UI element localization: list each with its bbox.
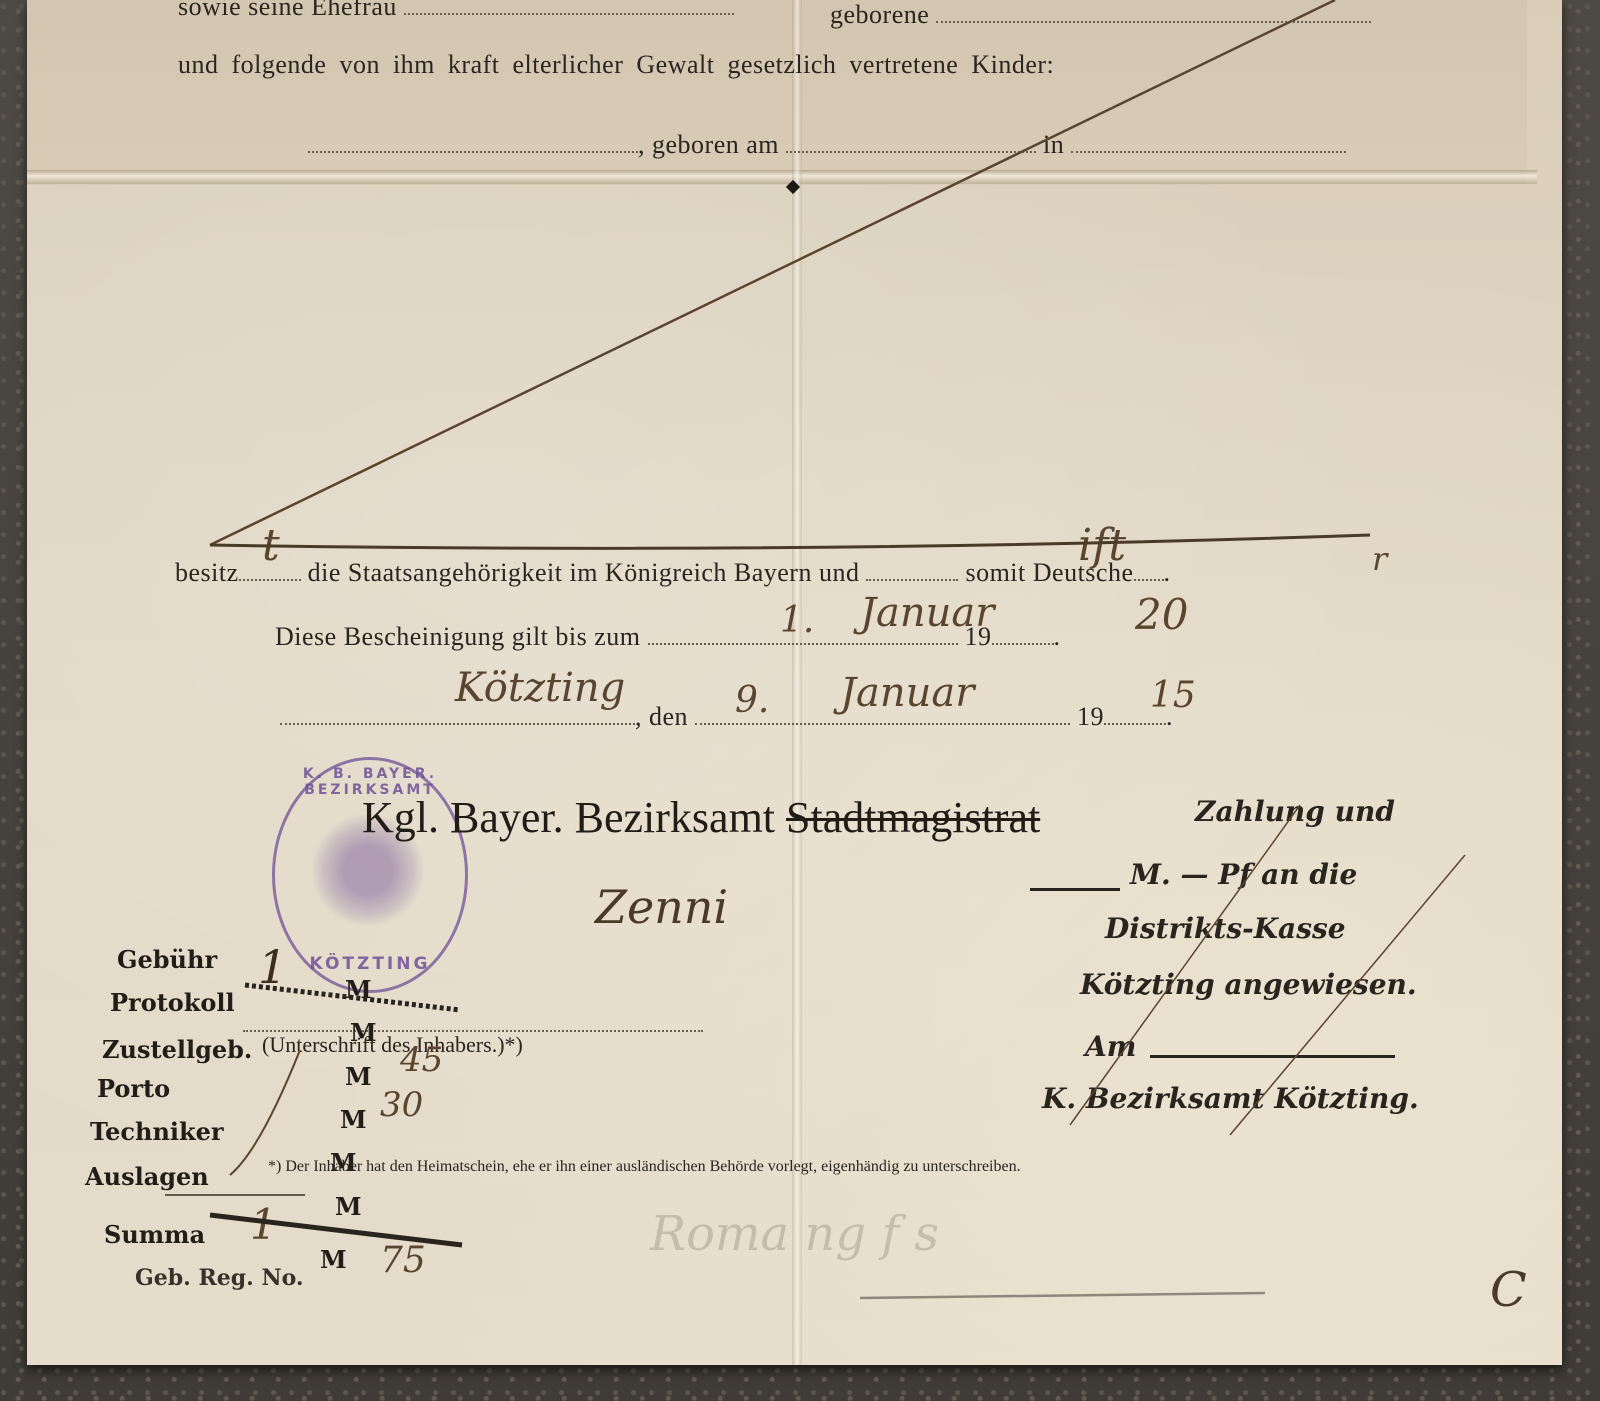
cancel-diagonal-line [210, 0, 1335, 545]
cancel-horizontal-line [210, 535, 1370, 548]
ink-strokes-overlay: Roma ng f s [0, 0, 1600, 1401]
svg-text:Roma ng f s: Roma ng f s [649, 1206, 939, 1262]
